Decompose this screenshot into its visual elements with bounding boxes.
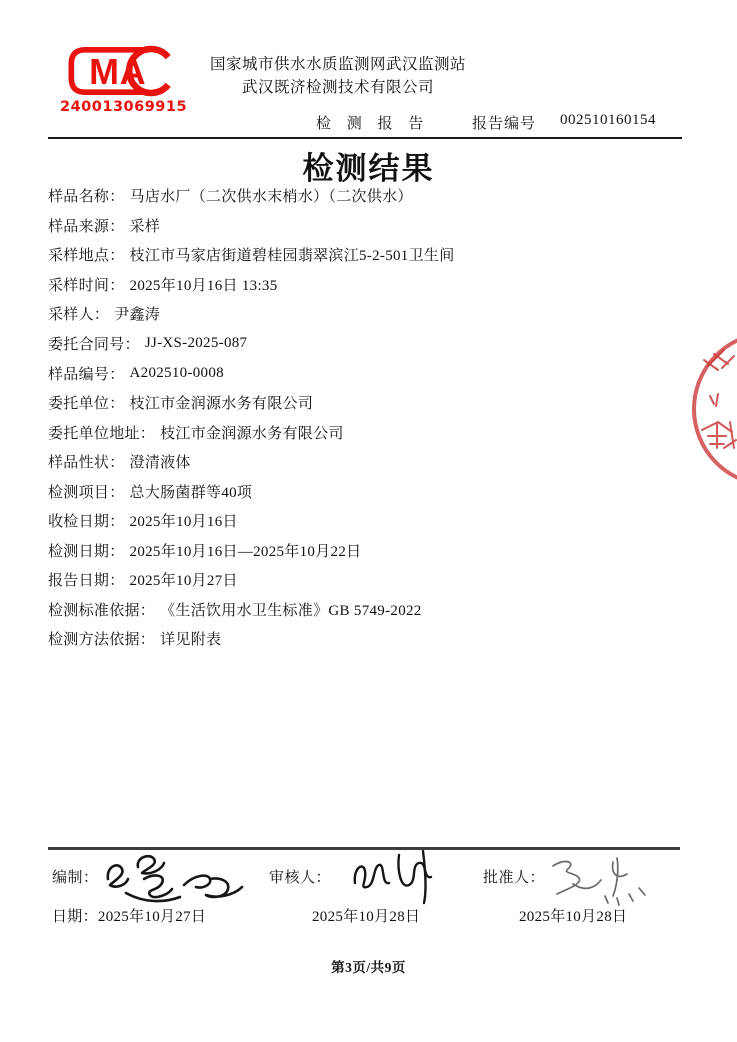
field-test-items: 检测项目：总大肠菌群等40项 — [48, 476, 668, 506]
field-value: 尹鑫涛 — [114, 303, 160, 324]
approved-by-label: 批准人： — [483, 866, 545, 887]
field-label: 报告日期： — [48, 569, 125, 590]
prepared-by-label: 编制： — [52, 866, 99, 887]
field-value: 总大肠菌群等40项 — [130, 481, 253, 502]
prepared-by-signature — [100, 843, 250, 907]
org-line-2: 武汉既济检测技术有限公司 — [168, 76, 508, 99]
approved-date: 2025年10月28日 — [519, 905, 627, 926]
field-test-date: 检测日期：2025年10月16日—2025年10月22日 — [48, 536, 668, 566]
field-label: 检测项目： — [48, 481, 125, 502]
field-value: 枝江市金润源水务有限公司 — [130, 392, 314, 413]
report-type-label: 检 测 报 告 — [316, 112, 429, 133]
field-method-basis: 检测方法依据：详见附表 — [48, 624, 668, 654]
field-report-date: 报告日期：2025年10月27日 — [48, 565, 668, 595]
field-label: 委托单位地址： — [48, 422, 155, 443]
field-value: 采样 — [130, 215, 161, 236]
field-sample-number: 样品编号：A202510-0008 — [48, 358, 668, 388]
field-value: 《生活饮用水卫生标准》GB 5749-2022 — [160, 599, 421, 620]
approved-by-signature — [543, 850, 653, 908]
organization-names: 国家城市供水水质监测网武汉监测站 武汉既济检测技术有限公司 — [168, 53, 508, 99]
field-label: 采样地点： — [48, 244, 125, 265]
field-value: 2025年10月16日 — [130, 510, 238, 531]
report-number-label: 报告编号 — [472, 112, 536, 133]
field-client: 委托单位：枝江市金润源水务有限公司 — [48, 388, 668, 418]
sample-info-list: 样品名称：马店水厂（二次供水末梢水）（二次供水） 样品来源：采样 采样地点：枝江… — [48, 181, 668, 654]
date-value: 2025年10月27日 — [98, 909, 206, 925]
field-value: 2025年10月16日—2025年10月22日 — [130, 540, 362, 561]
field-sampler: 采样人：尹鑫涛 — [48, 299, 668, 329]
field-client-address: 委托单位地址：枝江市金润源水务有限公司 — [48, 417, 668, 447]
page-number: 第3页/共9页 — [0, 956, 737, 976]
field-label: 样品性状： — [48, 451, 125, 472]
field-label: 收检日期： — [48, 510, 125, 531]
field-value: 2025年10月27日 — [130, 569, 238, 590]
field-label: 采样人： — [48, 303, 109, 324]
field-contract-number: 委托合同号：JJ-XS-2025-087 — [48, 329, 668, 359]
field-value: 详见附表 — [160, 628, 221, 649]
header-divider — [48, 137, 682, 139]
prepared-date: 日期：2025年10月27日 — [52, 905, 206, 926]
field-label: 检测方法依据： — [48, 628, 155, 649]
field-label: 样品名称： — [48, 185, 125, 206]
field-value: JJ-XS-2025-087 — [145, 335, 248, 352]
field-label: 检测标准依据： — [48, 599, 155, 620]
field-standard-basis: 检测标准依据：《生活饮用水卫生标准》GB 5749-2022 — [48, 595, 668, 625]
field-value: 2025年10月16日 13:35 — [130, 274, 278, 295]
reviewed-by-label: 审核人： — [269, 866, 331, 887]
reviewed-by-signature — [345, 841, 445, 909]
field-sample-name: 样品名称：马店水厂（二次供水末梢水）（二次供水） — [48, 181, 668, 211]
company-seal-text-fragments — [694, 344, 737, 464]
field-value: 枝江市金润源水务有限公司 — [160, 422, 344, 443]
field-value: 枝江市马家店街道碧桂园翡翠滨江5-2-501卫生间 — [130, 244, 455, 265]
field-sample-source: 样品来源：采样 — [48, 211, 668, 241]
cma-logo-letters: MA — [89, 52, 146, 92]
field-label: 检测日期： — [48, 540, 125, 561]
cma-cert-number: 240013069915 — [60, 99, 182, 115]
field-sampling-time: 采样时间：2025年10月16日 13:35 — [48, 270, 668, 300]
date-label: 日期： — [52, 909, 98, 925]
cma-logo-icon: MA — [64, 44, 178, 98]
field-sample-condition: 样品性状：澄清液体 — [48, 447, 668, 477]
reviewed-date: 2025年10月28日 — [312, 905, 420, 926]
field-sampling-location: 采样地点：枝江市马家店街道碧桂园翡翠滨江5-2-501卫生间 — [48, 240, 668, 270]
field-label: 样品编号： — [48, 363, 125, 384]
field-label: 委托合同号： — [48, 333, 140, 354]
org-line-1: 国家城市供水水质监测网武汉监测站 — [168, 53, 508, 76]
field-value: 澄清液体 — [130, 451, 191, 472]
field-value: 马店水厂（二次供水末梢水）（二次供水） — [130, 185, 413, 206]
field-value: A202510-0008 — [130, 365, 224, 382]
field-label: 样品来源： — [48, 215, 125, 236]
report-number-value: 002510160154 — [560, 112, 656, 129]
field-label: 委托单位： — [48, 392, 125, 413]
report-page: MA 240013069915 国家城市供水水质监测网武汉监测站 武汉既济检测技… — [0, 0, 737, 1042]
field-label: 采样时间： — [48, 274, 125, 295]
field-receipt-date: 收检日期：2025年10月16日 — [48, 506, 668, 536]
